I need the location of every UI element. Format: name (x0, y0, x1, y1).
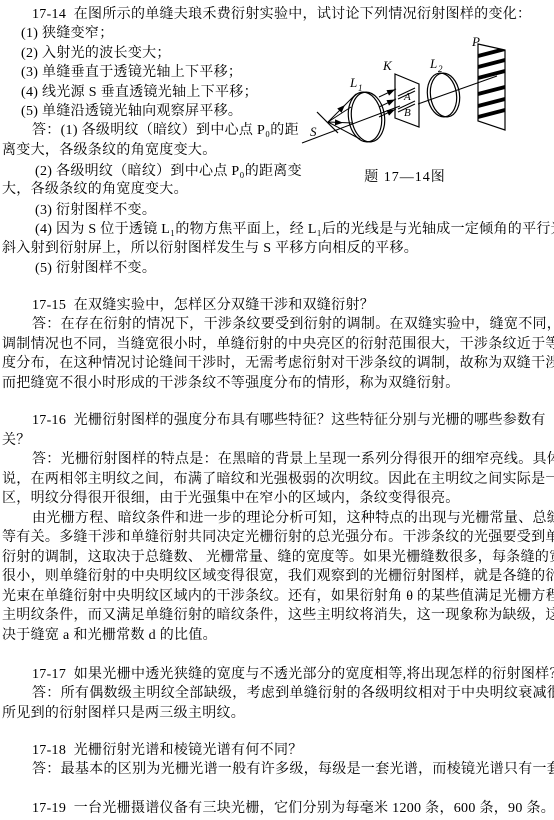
text-line: 说，在两相邻主明纹之间，布满了暗纹和光强极弱的次明纹。因此在主明纹之间实际是一暗 (2, 471, 554, 488)
label-L2-sub: 2 (438, 64, 443, 74)
text-line: (4) 线光源 S 垂直透镜光轴上下平移； (21, 84, 258, 101)
text-line-q1719-heading: 17-19 一台光栅摄谱仪备有三块光栅，它们分别为每毫米 1200 条，600 … (32, 800, 554, 817)
text-line: (5) 单缝沿透镜光轴向观察屏平移。 (21, 103, 242, 120)
text-line: 等有关。多缝干涉和单缝衍射共同决定光栅衍射的总光强分布。干涉条纹的光强要受到单缝 (2, 529, 554, 546)
text-line-q1717-heading: 17-17 如果光栅中透光狭缝的宽度与不透光部分的宽度相等,将出现怎样的衍射图样… (32, 666, 554, 683)
text-line-q1718-heading: 17-18 光栅衍射光谱和棱镜光谱有何不同？ (32, 742, 303, 759)
text-line: 答：(1) 各级明纹（暗纹）到中心点 P₀的距 (32, 122, 299, 139)
label-L2: L (429, 56, 437, 71)
text-line: 光束在单缝衍射中央明纹区域内的干涉条纹。还有，如果衍射角 θ 的某些值满足光栅方… (2, 588, 554, 605)
figure-caption: 题 17—14图 (330, 166, 480, 186)
label-L1: L (349, 75, 357, 90)
figure-17-14: S L 1 (300, 30, 554, 188)
text-line: (2) 入射光的波长变大； (21, 45, 171, 62)
label-P: P (471, 34, 480, 49)
text-line: 很小，则单缝衍射的中央明纹区域变得很宽，我们观察到的光栅衍射图样，就是各缝的衍射 (2, 568, 554, 585)
document-page: 17-14 在图所示的单缝夫琅禾费衍射实验中，试讨论下列情况衍射图样的变化： (… (0, 0, 554, 820)
text-line: (5) 衍射图样不变。 (35, 260, 156, 277)
label-L1-sub: 1 (358, 83, 363, 93)
text-line: 答：在存在衍射的情况下，干涉条纹要受到衍射的调制。在双缝实验中，缝宽不同，则 (32, 316, 554, 333)
text-line: 答：所有偶数级主明纹全部缺级，考虑到单缝衍射的各级明纹相对于中央明纹衰减很快， (32, 685, 554, 702)
text-line: 由光栅方程、暗纹条件和进一步的理论分析可知，这种特点的出现与光栅常量、总缝数 (32, 510, 554, 527)
text-line: 离变大，各级条纹的角宽度变大。 (2, 142, 217, 159)
text-line: (3) 单缝垂直于透镜光轴上下平移； (21, 64, 242, 81)
label-S: S (310, 124, 317, 139)
text-line: 衍射的调制，这取决于总缝数、 光栅常量、缝的宽度等。如果光栅缝数很多，每条缝的宽… (2, 549, 554, 566)
text-line: (4) 因为 S 位于透镜 L₁的物方焦平面上，经 L₁后的光线是与光轴成一定倾… (35, 221, 554, 238)
text-line: 斜入射到衍射屏上，所以衍射图样发生与 S 平移方向相反的平移。 (2, 240, 418, 257)
label-B: B (404, 107, 411, 119)
text-line: 决于缝宽 a 和光栅常数 d 的比值。 (2, 627, 217, 644)
diffraction-fringes (478, 47, 505, 119)
diffraction-setup-diagram: S L 1 (300, 30, 554, 165)
text-line: 关？ (2, 432, 31, 449)
text-line: 区，明纹分得很开很细，由于光强集中在窄小的区域内，条纹变得很亮。 (2, 490, 460, 507)
ray-arrowhead (335, 119, 343, 125)
text-line: 而把缝宽不很小时形成的干涉条纹不等强度分布的情形，称为双缝衍射。 (2, 375, 460, 392)
text-line: 调制情况也不同，当缝宽很小时，单缝衍射的中央亮区的衍射范围很大，干涉条纹近于等强 (2, 336, 554, 353)
diverging-rays (328, 94, 360, 139)
label-A: A (403, 91, 411, 103)
text-line: 主明纹条件，而又满足单缝衍射的暗纹条件，这些主明纹将消失，这一现象称为缺级，这取 (2, 607, 554, 624)
text-line: 度分布，在这种情况讨论缝间干涉时，无需考虑衍射对干涉条纹的调制，故称为双缝干涉； (2, 355, 554, 372)
text-line-q1715-heading: 17-15 在双缝实验中，怎样区分双缝干涉和双缝衍射？ (32, 297, 374, 314)
text-line: (2) 各级明纹（暗纹）到中心点 P₀的距离变 (35, 163, 302, 180)
text-line: (3) 衍射图样不变。 (35, 202, 156, 219)
text-line-q1716-heading: 17-16 光栅衍射图样的强度分布具有哪些特征？这些特征分别与光栅的哪些参数有 (32, 412, 546, 429)
text-line: 答：光栅衍射图样的特点是：在黑暗的背景上呈现一系列分得很开的细窄亮线。具体地 (32, 451, 554, 468)
text-line: 答：最基本的区别为光栅光谱一般有许多级，每级是一套光谱，而棱镜光谱只有一套。 (32, 761, 554, 778)
label-K: K (382, 58, 393, 73)
text-line: 所见到的衍射图样只是两三级主明纹。 (2, 705, 245, 722)
text-line-q1714-heading: 17-14 在图所示的单缝夫琅禾费衍射实验中，试讨论下列情况衍射图样的变化： (32, 6, 531, 23)
text-line: (1) 狭缝变窄； (21, 25, 114, 42)
text-line: 大，各级条纹的角宽度变大。 (2, 181, 188, 198)
